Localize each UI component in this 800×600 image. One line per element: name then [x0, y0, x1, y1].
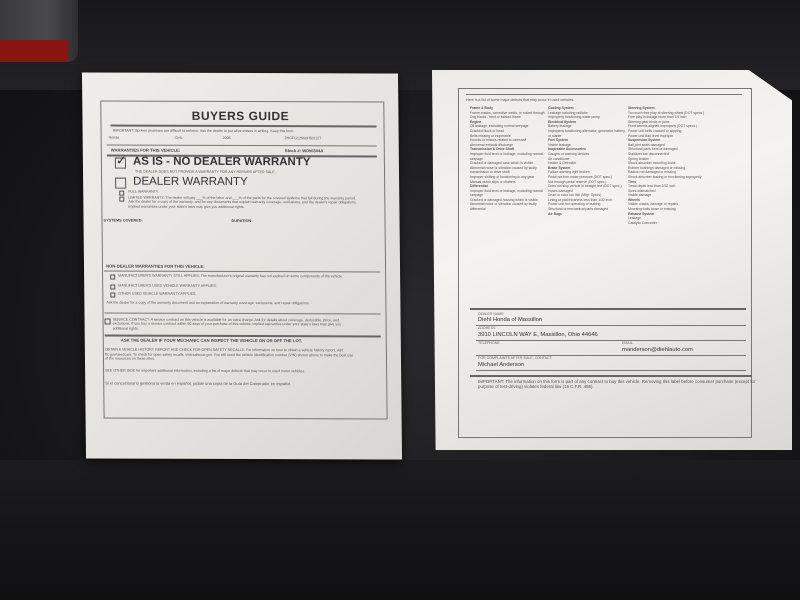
- systems-covered-label: SYSTEMS COVERED:: [104, 219, 143, 223]
- divider: [476, 325, 746, 326]
- important-notice: IMPORTANT: The information on this form …: [478, 379, 758, 390]
- service-contract-checkbox: [105, 319, 111, 325]
- dealer-address: 3910 LINCOLN WAY E, Massillon, Ohio 4464…: [478, 332, 598, 338]
- buyers-guide-back: Here is a list of some major defects tha…: [432, 70, 792, 450]
- service-contract-text: SERVICE CONTRACT. A service contract on …: [113, 318, 353, 332]
- complaints-contact: Michael Anderson: [478, 362, 524, 368]
- non-dealer-checkbox: [110, 285, 115, 290]
- defect-item: Air Bags: [548, 212, 626, 217]
- divider: [476, 370, 746, 371]
- checkmark-icon: ✓: [116, 153, 127, 169]
- defect-item: Shock absorber leaking or functioning im…: [628, 175, 708, 180]
- car-seat-cushion: [0, 460, 800, 600]
- form-title: BUYERS GUIDE: [82, 108, 398, 123]
- address-label: ADDRESS: [478, 326, 495, 330]
- as-is-label: AS IS - NO DEALER WARRANTY: [133, 156, 311, 169]
- stock-number: Stock #: W0h0304A: [285, 148, 324, 153]
- vehicle-vin: 2HGFG12666H501127: [285, 136, 322, 140]
- defects-column-3: Steering System Too much free play at st…: [628, 106, 708, 225]
- divider: [470, 375, 752, 377]
- defect-item: Abnormal noise or vibration caused by fa…: [470, 166, 548, 175]
- vehicle-year: 2006: [223, 136, 231, 140]
- seatbelt-buckle: [0, 0, 78, 62]
- complaints-label: FOR COMPLAINTS AFTER SALE, CONTACT:: [478, 356, 552, 360]
- duration-label: DURATION:: [232, 219, 253, 223]
- dealer-name-label: DEALER NAME: [478, 312, 504, 316]
- defect-item: Improper fluid level or leakage, excludi…: [470, 189, 548, 198]
- dealer-name: Diehl Honda of Massillon: [478, 317, 542, 323]
- defect-item: Abnormal noise or vibration caused by fa…: [470, 202, 548, 211]
- defects-intro: Here is a list of some major defects tha…: [466, 98, 574, 102]
- limited-warranty-text: LIMITED WARRANTY. The dealer will pay __…: [128, 196, 358, 210]
- non-dealer-item: MANUFACTURER'S USED VEHICLE WARRANTY APP…: [118, 284, 217, 288]
- see-other-side-text: SEE OTHER SIDE for important additional …: [105, 369, 355, 374]
- non-dealer-item: MANUFACTURER'S WARRANTY STILL APPLIES. T…: [118, 274, 348, 279]
- non-dealer-item: OTHER USED VEHICLE WARRANTY APPLIES.: [118, 292, 196, 296]
- spanish-note: Si el concesionario gestiona la venta en…: [105, 381, 365, 387]
- full-warranty-label: FULL WARRANTY.: [128, 190, 159, 194]
- defect-item: Improperly functioning alternator, gener…: [548, 129, 626, 138]
- as-is-checkbox: ✓: [115, 158, 126, 169]
- vehicle-model: Civic: [175, 136, 183, 140]
- dealer-warranty-checkbox: [115, 178, 126, 189]
- dealer-warranty-label: DEALER WARRANTY: [133, 176, 248, 188]
- divider: [470, 308, 746, 310]
- non-dealer-list: MANUFACTURER'S WARRANTY STILL APPLIES. T…: [82, 72, 398, 73]
- buckle-release-button: [0, 40, 68, 62]
- dealer-email: manderson@diehlauto.com: [622, 347, 693, 353]
- limited-warranty-checkbox: [119, 197, 124, 202]
- divider: [466, 94, 742, 95]
- defects-column-2: Cooling System Leakage including radiato…: [548, 106, 626, 216]
- important-note: IMPORTANT: Spoken promises are difficult…: [113, 129, 363, 134]
- mechanic-note: ASK THE DEALER IF YOUR MECHANIC CAN INSP…: [121, 338, 302, 344]
- telephone-label: TELEPHONE: [478, 341, 500, 345]
- vehicle-make: Honda: [109, 136, 120, 140]
- ask-copy-text: Ask the dealer for a copy of the warrant…: [106, 301, 346, 306]
- non-dealer-checkbox: [110, 275, 115, 280]
- history-report-text: OBTAIN A VEHICLE HISTORY REPORT AND CHEC…: [105, 348, 355, 363]
- full-warranty-checkbox: [119, 191, 124, 196]
- as-is-subtext: THE DEALER DOES NOT PROVIDE A WARRANTY F…: [135, 170, 276, 174]
- email-label: EMAIL: [622, 341, 633, 345]
- non-dealer-heading: NON-DEALER WARRANTIES FOR THIS VEHICLE:: [106, 264, 205, 269]
- non-dealer-checkbox: [110, 293, 115, 298]
- defect-item: Does not stop vehicle in straight line (…: [548, 184, 626, 189]
- defects-column-1: Frame & Body Frame-cracks, corrective we…: [470, 106, 548, 212]
- defect-item: Improper fluid level or leakage, excludi…: [470, 152, 548, 161]
- buyers-guide-front: BUYERS GUIDE IMPORTANT: Spoken promises …: [82, 72, 402, 459]
- defect-item: Catalytic Converter: [628, 221, 708, 226]
- divider: [476, 340, 746, 341]
